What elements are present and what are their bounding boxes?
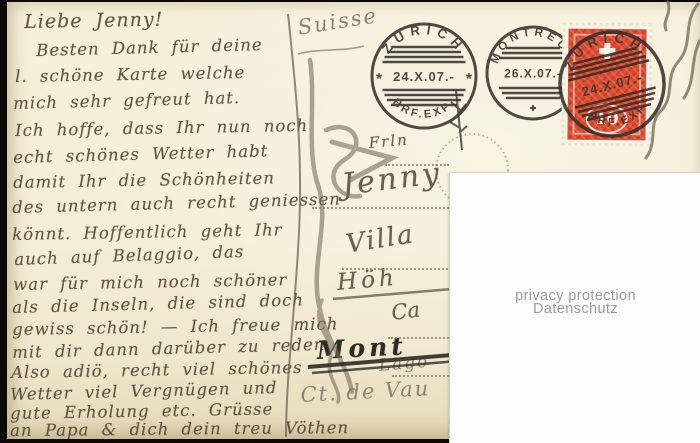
postage-stamp: 10 — [561, 23, 652, 147]
dotted-address-line — [388, 337, 452, 339]
stamp-value-oval: 10 — [585, 104, 627, 134]
swiss-cross-icon — [599, 43, 615, 59]
postcard-scan: Liebe Jenny! Besten Dank für deine l. sc… — [0, 0, 700, 443]
address-line-ca: Ca — [390, 298, 421, 325]
dotted-address-line — [312, 207, 452, 209]
privacy-text-block: privacy protection Datenschutz — [515, 290, 636, 316]
dotted-address-line — [385, 164, 449, 166]
message-greeting: Liebe Jenny! — [24, 9, 163, 33]
dotted-address-line — [342, 268, 452, 270]
dotted-address-line — [392, 375, 452, 377]
stamp-face: 10 — [567, 29, 646, 141]
message-line: an Papa & dich dein treu Vöthen — [10, 418, 349, 440]
privacy-overlay: privacy protection Datenschutz — [449, 172, 700, 443]
privacy-text-de: Datenschutz — [515, 303, 636, 316]
message-line: l. schöne Karte welche — [15, 63, 245, 86]
recipient-title: Frln — [368, 131, 409, 152]
stamp-value: 10 — [595, 109, 619, 129]
